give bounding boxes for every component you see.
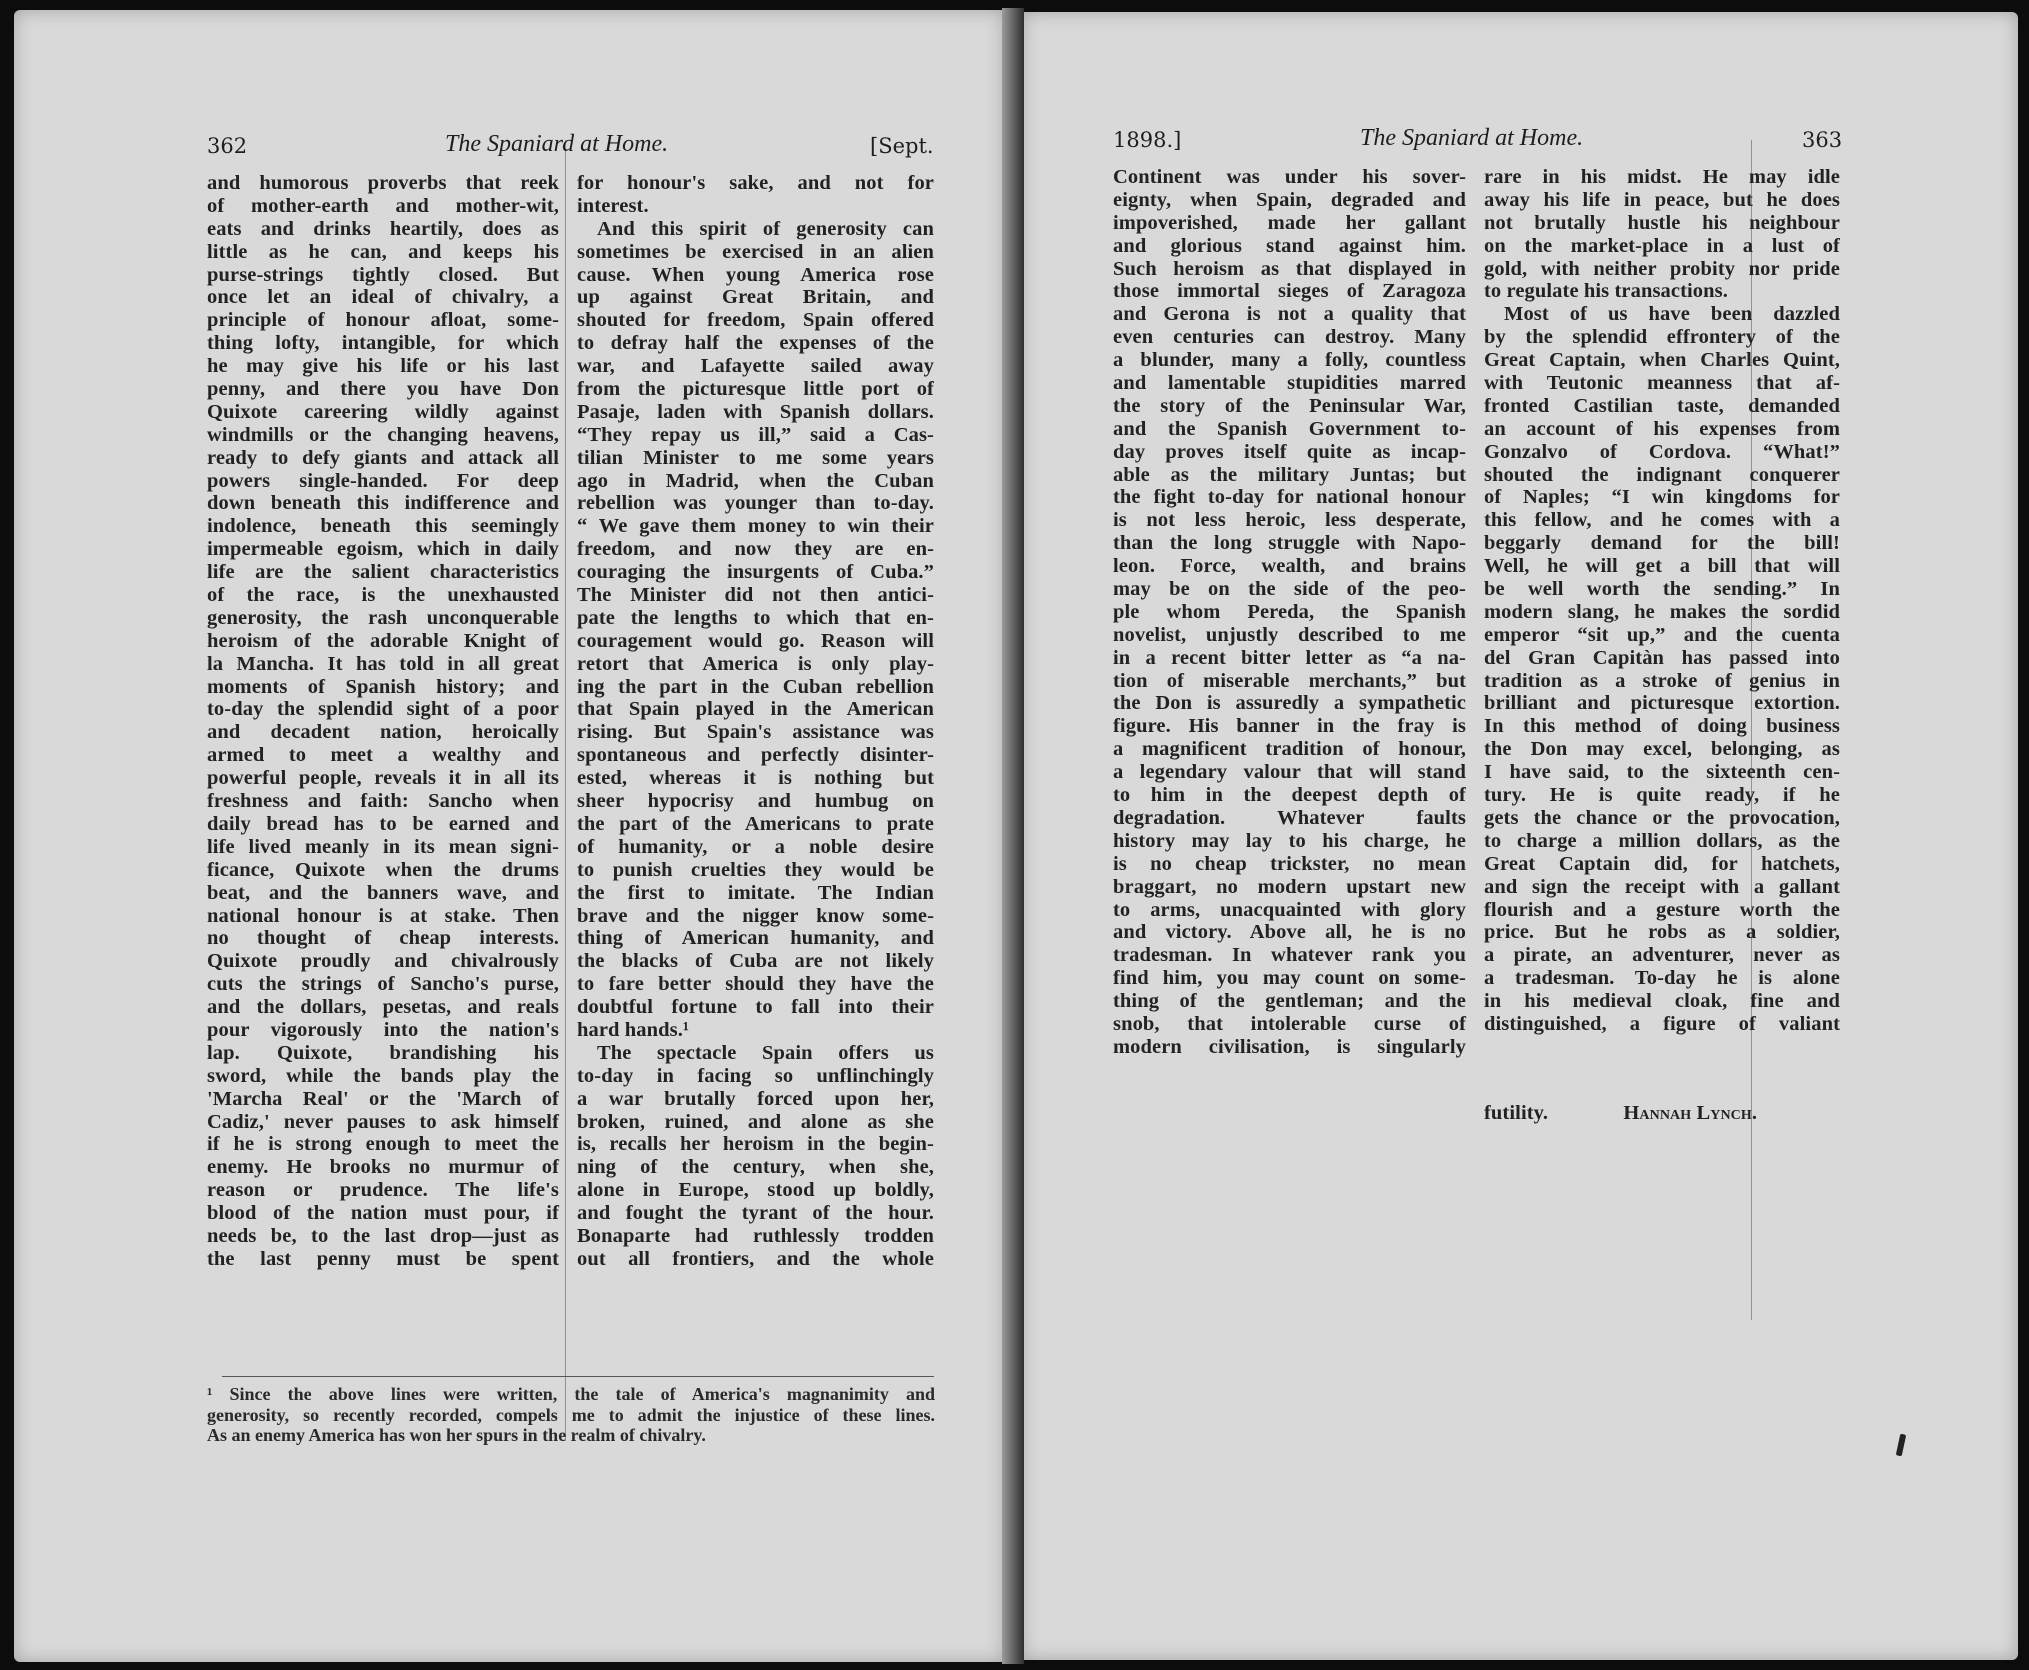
text-line: shouted the indignant conquerer [1484,464,1840,487]
text-line: an account of his expenses from [1484,418,1840,441]
text-line: powerful people, reveals it in all its [207,767,559,790]
text-line: generosity, the rash unconquerable [207,607,559,630]
text-line: Cadiz,' never pauses to ask himself [207,1111,559,1134]
text-line: In this method of doing business [1484,715,1840,738]
text-line: be well worth the sending.” In [1484,578,1840,601]
text-line: of the race, is the unexhausted [207,584,559,607]
text-line: broken, ruined, and alone as she [577,1111,934,1134]
text-line: Great Captain, when Charles Quint, [1484,349,1840,372]
text-line: lap. Quixote, brandishing his [207,1042,559,1065]
text-line: to regulate his transactions. [1484,280,1840,303]
text-line: up against Great Britain, and [577,286,934,309]
text-line: not brutally hustle his neighbour [1484,212,1840,235]
text-line: eignty, when Spain, degraded and [1113,189,1466,212]
text-line: Gonzalvo of Cordova. “What!” [1484,441,1840,464]
text-line: the last penny must be spent [207,1248,559,1271]
text-line: couragement would go. Reason will [577,630,934,653]
text-line: of Naples; “I win kingdoms for [1484,486,1840,509]
text-line: of humanity, or a noble desire [577,836,934,859]
text-line: a legendary valour that will stand [1113,761,1466,784]
text-line: is not less heroic, less desperate, [1113,509,1466,532]
text-line: tury. He is quite ready, if he [1484,784,1840,807]
text-line: beat, and the banners wave, and [207,882,559,905]
text-line: the first to imitate. The Indian [577,882,934,905]
text-line: the Don is assuredly a sympathetic [1113,692,1466,715]
text-line: flourish and a gesture worth the [1484,899,1840,922]
text-line: indolence, beneath this seemingly [207,515,559,538]
text-line: to-day in facing so unflinchingly [577,1065,934,1088]
text-line: to fare better should they have the [577,973,934,996]
text-line: ning of the century, when she, [577,1156,934,1179]
text-line: of mother-earth and mother-wit, [207,195,559,218]
text-line: sheer hypocrisy and humbug on [577,790,934,813]
text-line: emperor “sit up,” and the cuenta [1484,624,1840,647]
text-line: impermeable egoism, which in daily [207,538,559,561]
text-line: once let an ideal of chivalry, a [207,286,559,309]
text-line: modern civilisation, is singularly [1113,1036,1466,1059]
text-line: doubtful fortune to fall into their [577,996,934,1019]
text-line: Bonaparte had ruthlessly trodden [577,1225,934,1248]
text-line: “ We gave them money to win their [577,515,934,538]
text-line: modern slang, he makes the sordid [1484,601,1840,624]
text-line: del Gran Capitàn has passed into [1484,647,1840,670]
closing-line: futility. Hannah Lynch. [1484,1102,1840,1125]
text-line: even centuries can destroy. Many [1113,326,1466,349]
text-line: Quixote proudly and chivalrously [207,950,559,973]
text-line: with Teutonic meanness that af- [1484,372,1840,395]
text-line: moments of Spanish history; and [207,676,559,699]
text-line: a magnificent tradition of honour, [1113,738,1466,761]
text-line: penny, and there you have Don [207,378,559,401]
text-line: blood of the nation must pour, if [207,1202,559,1225]
text-line: enemy. He brooks no murmur of [207,1156,559,1179]
text-line: impoverished, made her gallant [1113,212,1466,235]
text-line: eats and drinks heartily, does as [207,218,559,241]
text-line: tradition as a stroke of genius in [1484,670,1840,693]
text-line: Quixote careering wildly against [207,401,559,424]
text-line: out all frontiers, and the whole [577,1248,934,1271]
text-line: tilian Minister to me some years [577,447,934,470]
text-line: figure. His banner in the fray is [1113,715,1466,738]
text-line: and fought the tyrant of the hour. [577,1202,934,1225]
text-line: needs be, to the last drop—just as [207,1225,559,1248]
text-line: I have said, to the sixteenth cen- [1484,761,1840,784]
text-line: tion of miserable merchants,” but [1113,670,1466,693]
text-line: rebellion was younger than to-day. [577,492,934,515]
text-line: if he is strong enough to meet the [207,1133,559,1156]
text-line: a war brutally forced upon her, [577,1088,934,1111]
text-line: braggart, no modern upstart new [1113,876,1466,899]
text-line: find him, you may count on some- [1113,967,1466,990]
text-line: the part of the Americans to prate [577,813,934,836]
text-line: and victory. Above all, he is no [1113,921,1466,944]
text-line: history may lay to his charge, he [1113,830,1466,853]
text-line: Pasaje, laden with Spanish dollars. [577,401,934,424]
text-line: on the market-place in a lust of [1484,235,1840,258]
text-line: reason or prudence. The life's [207,1179,559,1202]
text-line: windmills or the changing heavens, [207,424,559,447]
text-line: shouted for freedom, Spain offered [577,309,934,332]
footnote: ¹ Since the above lines were written, th… [207,1384,935,1446]
text-line: The Minister did not then antici- [577,584,934,607]
text-line: day proves itself quite as incap- [1113,441,1466,464]
text-line: little as he can, and keeps his [207,241,559,264]
text-line: daily bread has to be earned and [207,813,559,836]
text-line: ago in Madrid, when the Cuban [577,470,934,493]
text-line: the blacks of Cuba are not likely [577,950,934,973]
text-line: those immortal sieges of Zaragoza [1113,280,1466,303]
text-line: away his life in peace, but he does [1484,189,1840,212]
text-line: ested, whereas it is nothing but [577,767,934,790]
text-line: may be on the side of the peo- [1113,578,1466,601]
text-line: price. But he robs as a soldier, [1484,921,1840,944]
text-line: to-day the splendid sight of a poor [207,698,559,721]
text-line: thing of the gentleman; and the [1113,990,1466,1013]
text-line: able as the military Juntas; but [1113,464,1466,487]
text-line: no thought of cheap interests. [207,927,559,950]
text-line: sword, while the bands play the [207,1065,559,1088]
scan-line [565,140,566,1440]
text-line: beggarly demand for the bill! [1484,532,1840,555]
page-number: 362 [207,134,247,158]
text-line: armed to meet a wealthy and [207,744,559,767]
text-line: the fight to-day for national honour [1113,486,1466,509]
text-line: spontaneous and perfectly disinter- [577,744,934,767]
text-line: pate the lengths to which that en- [577,607,934,630]
text-line: he may give his life or his last [207,355,559,378]
text-line: pour vigorously into the nation's [207,1019,559,1042]
text-line: and humorous proverbs that reek [207,172,559,195]
text-line: is, recalls her heroism in the begin- [577,1133,934,1156]
date-marker: [Sept. [870,134,934,158]
text-line: and Gerona is not a quality that [1113,303,1466,326]
text-line: purse-strings tightly closed. But [207,264,559,287]
text-line: a tradesman. To-day he is alone [1484,967,1840,990]
text-line: Continent was under his sover- [1113,166,1466,189]
text-line: to arms, unacquainted with glory [1113,899,1466,922]
text-line: thing of American humanity, and [577,927,934,950]
text-line: down beneath this indifference and [207,492,559,515]
text-line: novelist, unjustly described to me [1113,624,1466,647]
text-column: and humorous proverbs that reekof mother… [207,172,559,1271]
footnote-rule [222,1376,934,1377]
text-line: thing lofty, intangible, for which [207,332,559,355]
text-line: rising. But Spain's assistance was [577,721,934,744]
text-line: gets the chance or the provocation, [1484,807,1840,830]
text-line: fronted Castilian taste, demanded [1484,395,1840,418]
date-marker: 1898.] [1113,128,1181,152]
text-line: snob, that intolerable curse of [1113,1013,1466,1036]
text-line: As an enemy America has won her spurs in… [207,1425,935,1446]
text-line: brilliant and picturesque extortion. [1484,692,1840,715]
page-number: 363 [1802,128,1842,152]
text-line: and the dollars, pesetas, and reals [207,996,559,1019]
text-line: interest. [577,195,934,218]
running-title: The Spaniard at Home. [1360,126,1583,150]
text-line: Great Captain did, for hatchets, [1484,853,1840,876]
text-line: “They repay us ill,” said a Cas- [577,424,934,447]
text-column: for honour's sake, and not forinterest.A… [577,172,934,1271]
text-line: than the long struggle with Napo- [1113,532,1466,555]
text-line: that Spain played in the American [577,698,934,721]
text-line: Such heroism as that displayed in [1113,258,1466,281]
text-line: brave and the nigger know some- [577,905,934,928]
text-line: cause. When young America rose [577,264,934,287]
text-line: and sign the receipt with a gallant [1484,876,1840,899]
text-line: gold, with neither probity nor pride [1484,258,1840,281]
text-line: ficance, Quixote when the drums [207,859,559,882]
text-line: retort that America is only play- [577,653,934,676]
text-line: in his medieval cloak, fine and [1484,990,1840,1013]
text-line: and glorious stand against him. [1113,235,1466,258]
text-line: heroism of the adorable Knight of [207,630,559,653]
text-line: 'Marcha Real' or the 'March of [207,1088,559,1111]
text-line: and decadent nation, heroically [207,721,559,744]
text-line: hard hands.¹ [577,1019,934,1042]
text-line: distinguished, a figure of valiant [1484,1013,1840,1036]
text-line: ing the part in the Cuban rebellion [577,676,934,699]
text-line: freedom, and now they are en- [577,538,934,561]
text-line: to defray half the expenses of the [577,332,934,355]
text-line: and lamentable stupidities marred [1113,372,1466,395]
text-line: from the picturesque little port of [577,378,934,401]
author-signature: Hannah Lynch. [1623,1102,1757,1124]
text-line: this fellow, and he comes with a [1484,509,1840,532]
text-line: alone in Europe, stood up boldly, [577,1179,934,1202]
text-line: and the Spanish Government to- [1113,418,1466,441]
running-title: The Spaniard at Home. [445,132,668,156]
text-line: powers single-handed. For deep [207,470,559,493]
text-line: the story of the Peninsular War, [1113,395,1466,418]
text-line: life lived meanly in its mean signi- [207,836,559,859]
text-line: And this spirit of generosity can [577,218,934,241]
text-line: is no cheap trickster, no mean [1113,853,1466,876]
text-line: Most of us have been dazzled [1484,303,1840,326]
text-line: to him in the deepest depth of [1113,784,1466,807]
text-line: a blunder, many a folly, countless [1113,349,1466,372]
text-line: for honour's sake, and not for [577,172,934,195]
text-line: degradation. Whatever faults [1113,807,1466,830]
text-line: cuts the strings of Sancho's purse, [207,973,559,996]
text-line: couraging the insurgents of Cuba.” [577,561,934,584]
text-line: leon. Force, wealth, and brains [1113,555,1466,578]
text-line: principle of honour afloat, some- [207,309,559,332]
text-line: sometimes be exercised in an alien [577,241,934,264]
text-line: The spectacle Spain offers us [577,1042,934,1065]
text-line: the Don may excel, belonging, as [1484,738,1840,761]
text-line: ¹ Since the above lines were written, th… [207,1384,935,1405]
text-line: ple whom Pereda, the Spanish [1113,601,1466,624]
text-line: la Mancha. It has told in all great [207,653,559,676]
text-line: tradesman. In whatever rank you [1113,944,1466,967]
text-line: to charge a million dollars, as the [1484,830,1840,853]
text-line: to punish cruelties they would be [577,859,934,882]
text-line: war, and Lafayette sailed away [577,355,934,378]
book-gutter [1002,8,1024,1664]
text-line: life are the salient characteristics [207,561,559,584]
text-line: by the splendid effrontery of the [1484,326,1840,349]
text-line: freshness and faith: Sancho when [207,790,559,813]
text-line: a pirate, an adventurer, never as [1484,944,1840,967]
text-line: rare in his midst. He may idle [1484,166,1840,189]
text-column: rare in his midst. He may idleaway his l… [1484,166,1840,1036]
text-line: in a recent bitter letter as “a na- [1113,647,1466,670]
text-line: ready to defy giants and attack all [207,447,559,470]
text-line: national honour is at stake. Then [207,905,559,928]
text-line: Well, he will get a bill that will [1484,555,1840,578]
text-column: Continent was under his sover-eignty, wh… [1113,166,1466,1059]
text-line: generosity, so recently recorded, compel… [207,1405,935,1426]
